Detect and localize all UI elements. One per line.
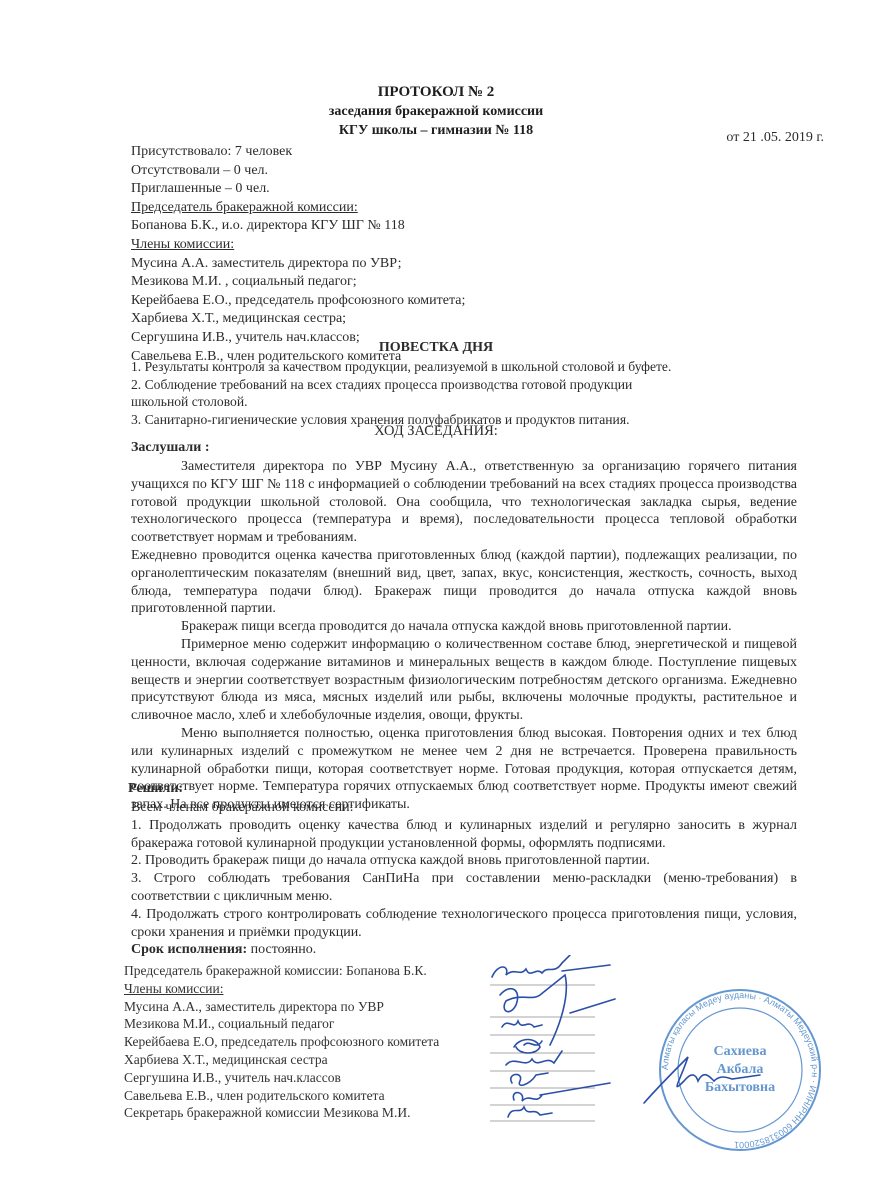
decision-label: Решили: — [128, 781, 183, 797]
official-stamp: Алматы қаласы Медеу ауданы · Алматы Меде… — [640, 985, 840, 1155]
deadline-line: Срок исполнения: постоянно. — [131, 941, 797, 959]
signature-scribbles-icon — [492, 955, 615, 1117]
attendance-invited: Приглашенные – 0 чел. — [131, 180, 465, 199]
attendance-absent: Отсутствовали – 0 чел. — [131, 162, 465, 181]
proceedings-paragraph: Примерное меню содержит информацию о кол… — [131, 636, 797, 725]
stamp-name-line: Сахиева — [714, 1044, 767, 1059]
signature-member: Харбиева Х.Т., медицинская сестра — [124, 1051, 439, 1069]
stamp-name-line: Бахытовна — [705, 1080, 775, 1095]
members-label: Члены комиссии: — [131, 236, 465, 255]
decision-item: 3. Строго соблюдать требования СанПиНа п… — [131, 870, 797, 906]
deadline-label: Срок исполнения: — [131, 942, 247, 957]
chair-label: Председатель бракеражной комиссии: — [131, 199, 465, 218]
signature-member: Сергушина И.В., учитель нач.классов — [124, 1069, 439, 1087]
document-title: ПРОТОКОЛ № 2 — [0, 82, 872, 102]
document-subtitle: заседания бракеражной комиссии — [0, 102, 872, 121]
heard-label: Заслушали : — [131, 440, 209, 456]
agenda-heading: ПОВЕСТКА ДНЯ — [0, 340, 872, 356]
chair-name: Бопанова Б.К., и.о. директора КГУ ШГ № 1… — [131, 217, 465, 236]
signatures-block: Председатель бракеражной комиссии: Бопан… — [124, 962, 439, 1122]
deadline-value: постоянно. — [247, 942, 316, 957]
signature-chair: Председатель бракеражной комиссии: Бопан… — [124, 962, 439, 980]
signature-members-label: Члены комиссии: — [124, 980, 439, 998]
signature-member: Мусина А.А., заместитель директора по УВ… — [124, 998, 439, 1016]
proceedings-paragraph: Бракераж пищи всегда проводится до начал… — [131, 618, 797, 636]
signature-secretary: Секретарь бракеражной комиссии Мезикова … — [124, 1104, 439, 1122]
member-item: Мезикова М.И. , социальный педагог; — [131, 273, 465, 292]
attendance-block: Присутствовало: 7 человек Отсутствовали … — [131, 143, 465, 366]
protocol-document: ПРОТОКОЛ № 2 заседания бракеражной комис… — [0, 0, 872, 1200]
decision-item: 1. Продолжать проводить оценку качества … — [131, 817, 797, 853]
proceedings-paragraph: Заместителя директора по УВР Мусину А.А.… — [131, 458, 797, 547]
decision-item: 2. Проводить бракераж пищи до начала отп… — [131, 852, 797, 870]
agenda-list: 1. Результаты контроля за качеством прод… — [131, 358, 671, 428]
proceedings-heading: ХОД ЗАСЕДАНИЯ: — [0, 423, 872, 440]
signature-member: Мезикова М.И., социальный педагог — [124, 1015, 439, 1033]
agenda-item: 1. Результаты контроля за качеством прод… — [131, 358, 671, 376]
member-item: Мусина А.А. заместитель директора по УВР… — [131, 255, 465, 274]
signature-member: Савельева Е.В., член родительского комит… — [124, 1087, 439, 1105]
member-item: Харбиева Х.Т., медицинская сестра; — [131, 310, 465, 329]
proceedings-paragraph: Ежедневно проводится оценка качества при… — [131, 547, 797, 618]
member-item: Керейбаева Е.О., председатель профсоюзно… — [131, 292, 465, 311]
signature-lines-icon — [490, 985, 595, 1121]
signature-member: Керейбаева Е.О, председатель профсоюзног… — [124, 1033, 439, 1051]
decision-intro: Всем членам бракеражной комиссии: — [131, 799, 797, 817]
document-date: от 21 .05. 2019 г. — [726, 130, 824, 146]
decision-body: Всем членам бракеражной комиссии: 1. Про… — [131, 799, 797, 959]
proceedings-body: Заместителя директора по УВР Мусину А.А.… — [131, 458, 797, 814]
agenda-item: школьной столовой. — [131, 393, 671, 411]
decision-item: 4. Продолжать строго контролировать собл… — [131, 906, 797, 942]
attendance-present: Присутствовало: 7 человек — [131, 143, 465, 162]
agenda-item: 2. Соблюдение требований на всех стадиях… — [131, 376, 671, 394]
